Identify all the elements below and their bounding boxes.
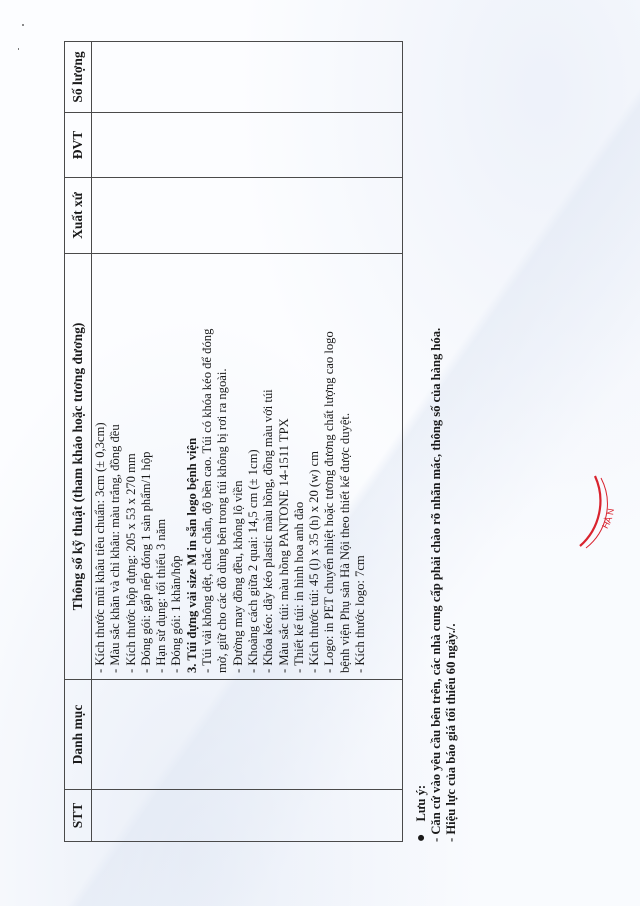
spec-line: - Logo: in PET chuyển nhiệt hoặc tương đ…	[322, 258, 337, 673]
spec-line: - Khoảng cách giữa 2 quai: 14,5 cm (± 1c…	[246, 258, 261, 673]
spec-line: - Màu sắc túi: màu hồng PANTONE 14-1511 …	[277, 258, 292, 673]
header-stt: STT	[65, 790, 92, 842]
rotated-page: STT Danh mục Thông số kỹ thuật (tham khả…	[0, 0, 640, 906]
spec-line: bệnh viện Phụ sản Hà Nội theo thiết kế đ…	[338, 258, 353, 673]
spec-line: - Đóng gói: 1 khăn/hộp	[169, 258, 184, 673]
cell-specs: - Kích thước mũi khâu tiêu chuẩn: 3cm (±…	[92, 254, 403, 680]
spec-line: - Kích thước logo: 7cm	[353, 258, 368, 673]
header-quantity: Số lượng	[65, 42, 92, 113]
cell-category	[92, 680, 403, 790]
header-origin: Xuất xứ	[65, 178, 92, 254]
spec-line: - Màu sắc khăn và chỉ khâu: màu trắng, đ…	[108, 258, 123, 673]
table-row: - Kích thước mũi khâu tiêu chuẩn: 3cm (±…	[92, 42, 403, 842]
spec-line: - Túi vải không dệt, chắc chắn, độ bền c…	[200, 258, 215, 673]
specification-table: STT Danh mục Thông số kỹ thuật (tham khả…	[64, 41, 403, 842]
spec-line: - Kích thước mũi khâu tiêu chuẩn: 3cm (±…	[93, 258, 108, 673]
spec-line: 3. Túi đựng vải size M in sẵn logo bệnh …	[185, 258, 200, 673]
table-header-row: STT Danh mục Thông số kỹ thuật (tham khả…	[65, 42, 92, 842]
header-specs: Thông số kỹ thuật (tham khảo hoặc tương …	[65, 254, 92, 680]
spec-line: - Đóng gói: gấp nếp đóng 1 sản phẩm/1 hộ…	[139, 258, 154, 673]
spec-line: - Kích thước hộp đựng: 205 x 53 x 270 mm	[124, 258, 139, 673]
red-stamp-icon: HÀ N	[560, 456, 640, 566]
cell-unit	[92, 113, 403, 178]
spec-line: - Kích thước túi: 45 (l) x 35 (h) x 20 (…	[307, 258, 322, 673]
notes-title: Lưu ý:	[414, 785, 429, 822]
header-unit: ĐVT	[65, 113, 92, 178]
notes-section: ● Lưu ý: - Căn cứ vào yêu cầu bên trên, …	[414, 328, 459, 842]
spec-line: - Thiết kế túi: in hình hoa anh đào	[292, 258, 307, 673]
cell-quantity	[92, 42, 403, 113]
spec-lines: - Kích thước mũi khâu tiêu chuẩn: 3cm (±…	[92, 254, 368, 679]
cell-stt	[92, 790, 403, 842]
cell-origin	[92, 178, 403, 254]
note-line: - Hiệu lực của báo giá tối thiểu 60 ngày…	[444, 328, 459, 842]
spec-line: mở, giữ cho các đồ dùng bên trong túi kh…	[215, 258, 230, 673]
header-category: Danh mục	[65, 680, 92, 790]
spec-line: - Khóa kéo: dây kéo plastic màu hồng, đồ…	[261, 258, 276, 673]
spec-line: - Hạn sử dụng: tối thiểu 3 năm	[154, 258, 169, 673]
note-line: - Căn cứ vào yêu cầu bên trên, các nhà c…	[429, 328, 444, 842]
spec-line: - Đường may đồng đều, không lộ viền	[231, 258, 246, 673]
bullet-icon: ●	[414, 834, 429, 842]
